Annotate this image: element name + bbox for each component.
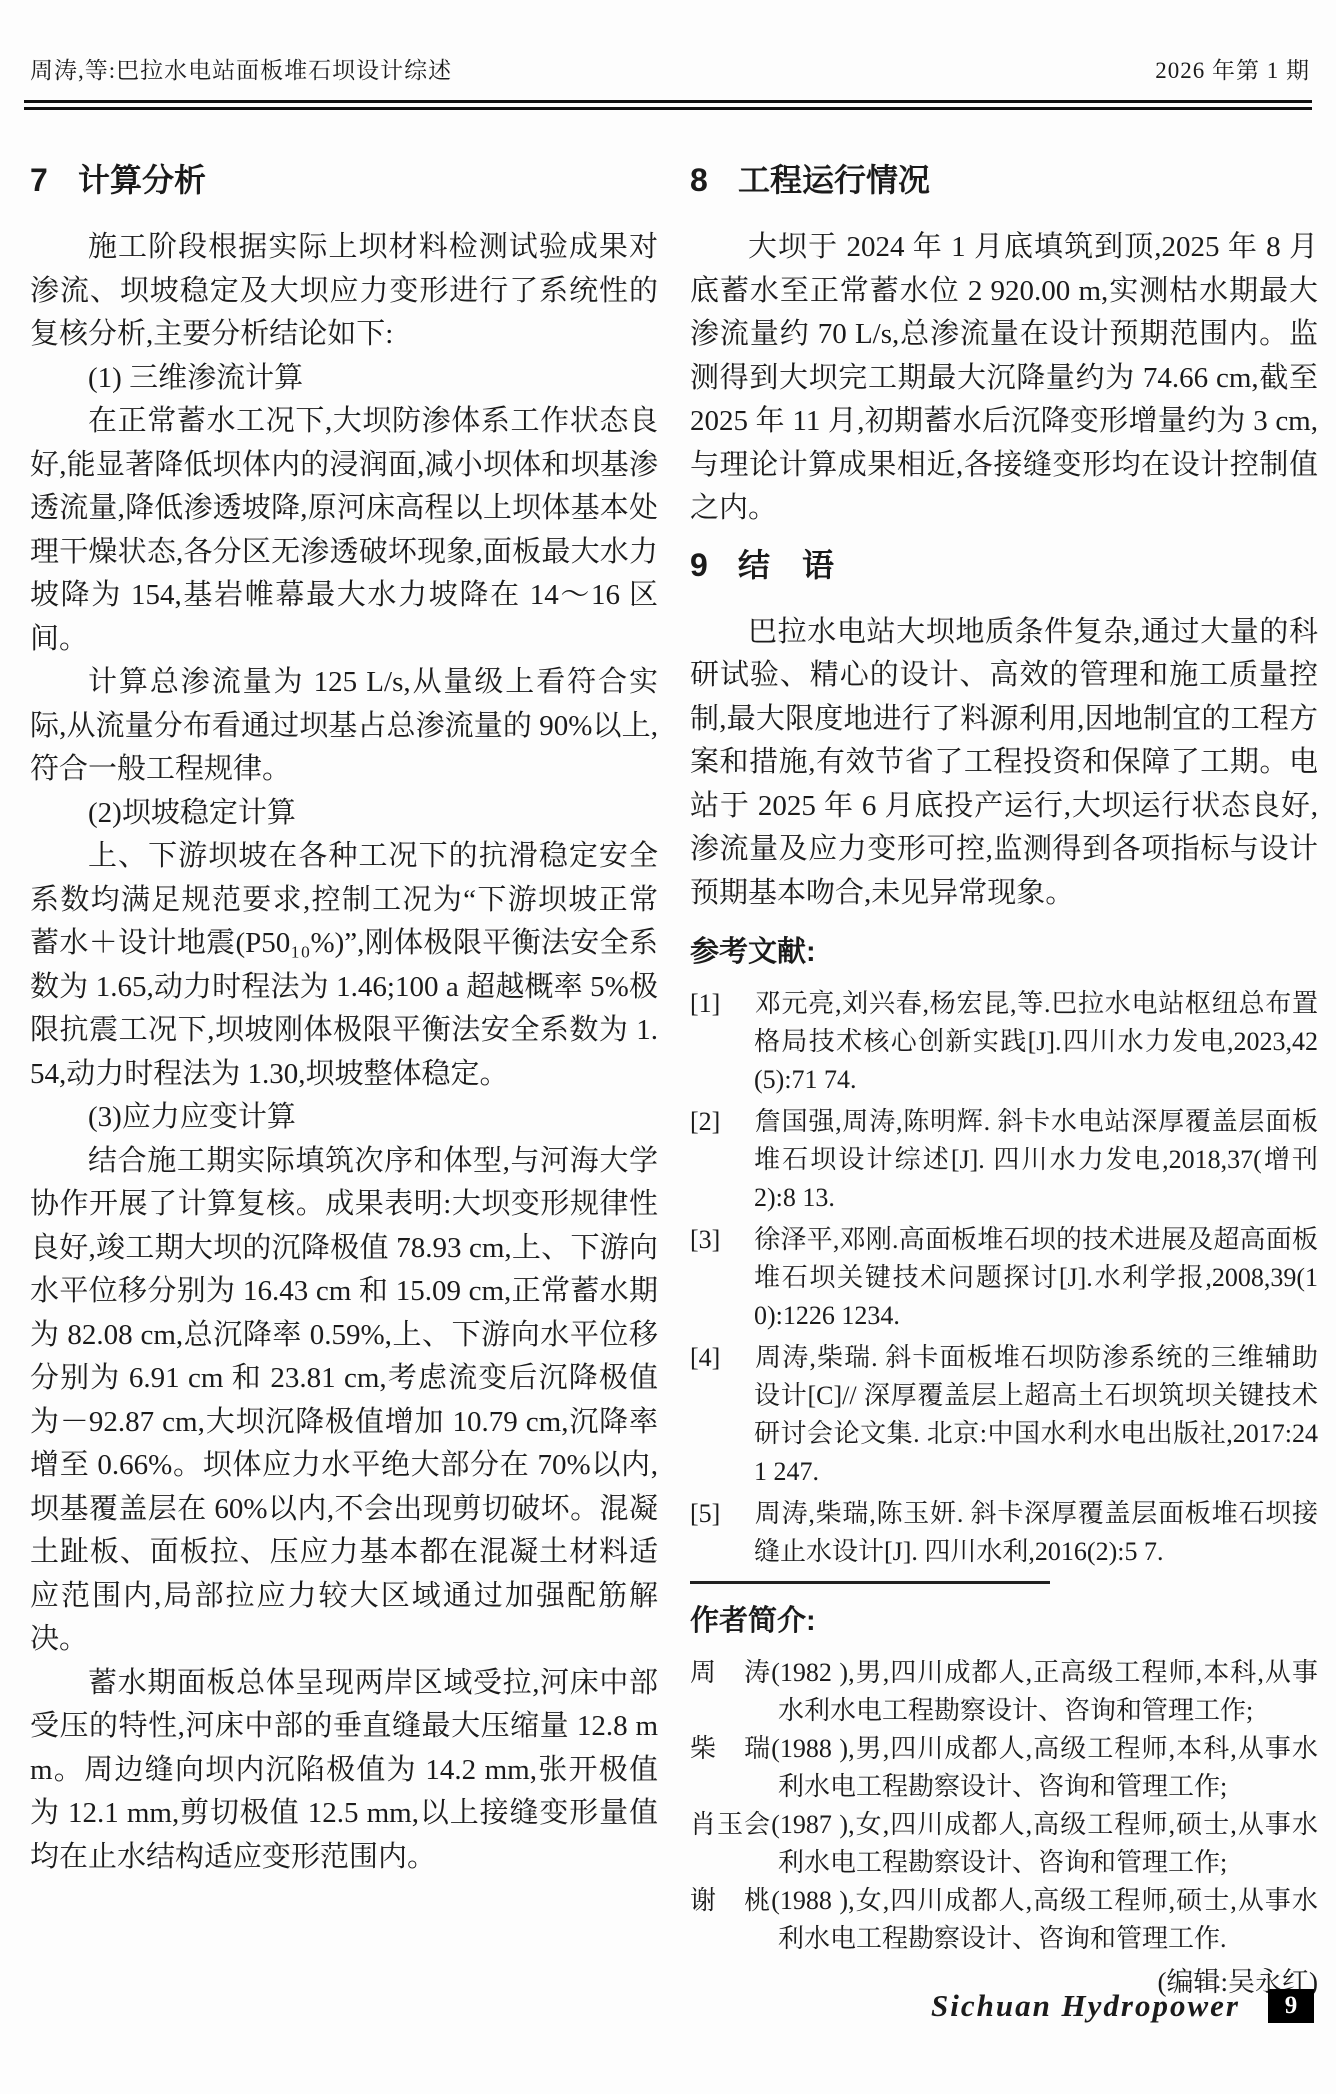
section-9-heading: 9 结 语 [690,543,1318,587]
left-column: 7 计算分析 施工阶段根据实际上坝材料检测试验成果对渗流、坝坡稳定及大坝应力变形… [30,158,658,2002]
paragraph: 在正常蓄水工况下,大坝防渗体系工作状态良好,能显著降低坝体内的浸润面,减小坝体和… [30,400,658,661]
reference-label: [1] [690,985,754,1023]
reference-text: 徐泽平,邓刚.高面板堆石坝的技术进展及超高面板堆石坝关键技术问题探讨[J].水利… [754,1225,1318,1330]
running-head: 周涛,等:巴拉水电站面板堆石坝设计综述 2026 年第 1 期 [30,52,1310,85]
reference-label: [3] [690,1221,754,1259]
paragraph: 上、下游坝坡在各种工况下的抗滑稳定安全系数均满足规范要求,控制工况为“下游坝坡正… [30,835,658,1096]
section-8-heading: 8 工程运行情况 [690,158,1318,202]
subheading: (1) 三维渗流计算 [30,357,658,401]
reference-text: 周涛,柴瑞. 斜卡面板堆石坝防渗系统的三维辅助设计[C]// 深厚覆盖层上超高土… [754,1343,1318,1486]
paragraph: 计算总渗流量为 125 L/s,从量级上看符合实际,从流量分布看通过坝基占总渗流… [30,661,658,792]
section-9-number: 9 [690,543,738,587]
header-rule [24,100,1312,110]
section-7-number: 7 [30,158,78,202]
author-bio: 柴 瑞(1988 ),男,四川成都人,高级工程师,本科,从事水利水电工程勘察设计… [690,1730,1318,1806]
author-bio: 谢 桃(1988 ),女,四川成都人,高级工程师,硕士,从事水利水电工程勘察设计… [690,1882,1318,1958]
subheading: (2)坝坡稳定计算 [30,792,658,836]
reference-item: [4]周涛,柴瑞. 斜卡面板堆石坝防渗系统的三维辅助设计[C]// 深厚覆盖层上… [690,1339,1318,1491]
reference-label: [2] [690,1103,754,1141]
running-head-right: 2026 年第 1 期 [1155,52,1310,85]
reference-text: 周涛,柴瑞,陈玉妍. 斜卡深厚覆盖层面板堆石坝接缝止水设计[J]. 四川水利,2… [754,1499,1318,1566]
subheading: (3)应力应变计算 [30,1096,658,1140]
section-9-title: 结 语 [738,543,834,587]
reference-text: 邓元亮,刘兴春,杨宏昆,等.巴拉水电站枢纽总布置格局技术核心创新实践[J].四川… [754,989,1318,1094]
authors-divider [690,1581,1050,1584]
reference-text: 詹国强,周涛,陈明辉. 斜卡水电站深厚覆盖层面板堆石坝设计综述[J]. 四川水力… [754,1107,1318,1212]
reference-item: [3]徐泽平,邓刚.高面板堆石坝的技术进展及超高面板堆石坝关键技术问题探讨[J]… [690,1221,1318,1335]
right-column: 8 工程运行情况 大坝于 2024 年 1 月底填筑到顶,2025 年 8 月底… [690,158,1318,2002]
paragraph: 结合施工期实际填筑次序和体型,与河海大学协作开展了计算复核。成果表明:大坝变形规… [30,1140,658,1662]
page-number: 9 [1268,1989,1314,2023]
reference-label: [5] [690,1495,754,1533]
section-8-title: 工程运行情况 [738,158,930,202]
reference-item: [2]詹国强,周涛,陈明辉. 斜卡水电站深厚覆盖层面板堆石坝设计综述[J]. 四… [690,1103,1318,1217]
section-7-heading: 7 计算分析 [30,158,658,202]
section-7-title: 计算分析 [78,158,206,202]
running-head-left: 周涛,等:巴拉水电站面板堆石坝设计综述 [30,52,452,85]
reference-label: [4] [690,1339,754,1377]
two-column-body: 7 计算分析 施工阶段根据实际上坝材料检测试验成果对渗流、坝坡稳定及大坝应力变形… [30,158,1318,2002]
journal-page: 周涛,等:巴拉水电站面板堆石坝设计综述 2026 年第 1 期 7 计算分析 施… [0,0,1336,2094]
paragraph: 蓄水期面板总体呈现两岸区域受拉,河床中部受压的特性,河床中部的垂直缝最大压缩量 … [30,1662,658,1880]
references-heading: 参考文献: [690,931,1318,973]
journal-name: Sichuan Hydropower [931,1988,1240,2024]
authors-heading: 作者简介: [690,1600,1318,1642]
paragraph: 施工阶段根据实际上坝材料检测试验成果对渗流、坝坡稳定及大坝应力变形进行了系统性的… [30,226,658,357]
paragraph: 巴拉水电站大坝地质条件复杂,通过大量的科研试验、精心的设计、高效的管理和施工质量… [690,611,1318,916]
section-8-number: 8 [690,158,738,202]
author-bio: 周 涛(1982 ),男,四川成都人,正高级工程师,本科,从事水利水电工程勘察设… [690,1654,1318,1730]
author-bio: 肖玉会(1987 ),女,四川成都人,高级工程师,硕士,从事水利水电工程勘察设计… [690,1806,1318,1882]
reference-item: [1]邓元亮,刘兴春,杨宏昆,等.巴拉水电站枢纽总布置格局技术核心创新实践[J]… [690,985,1318,1099]
reference-item: [5]周涛,柴瑞,陈玉妍. 斜卡深厚覆盖层面板堆石坝接缝止水设计[J]. 四川水… [690,1495,1318,1571]
paragraph: 大坝于 2024 年 1 月底填筑到顶,2025 年 8 月底蓄水至正常蓄水位 … [690,226,1318,531]
footer: Sichuan Hydropower 9 [931,1988,1314,2024]
